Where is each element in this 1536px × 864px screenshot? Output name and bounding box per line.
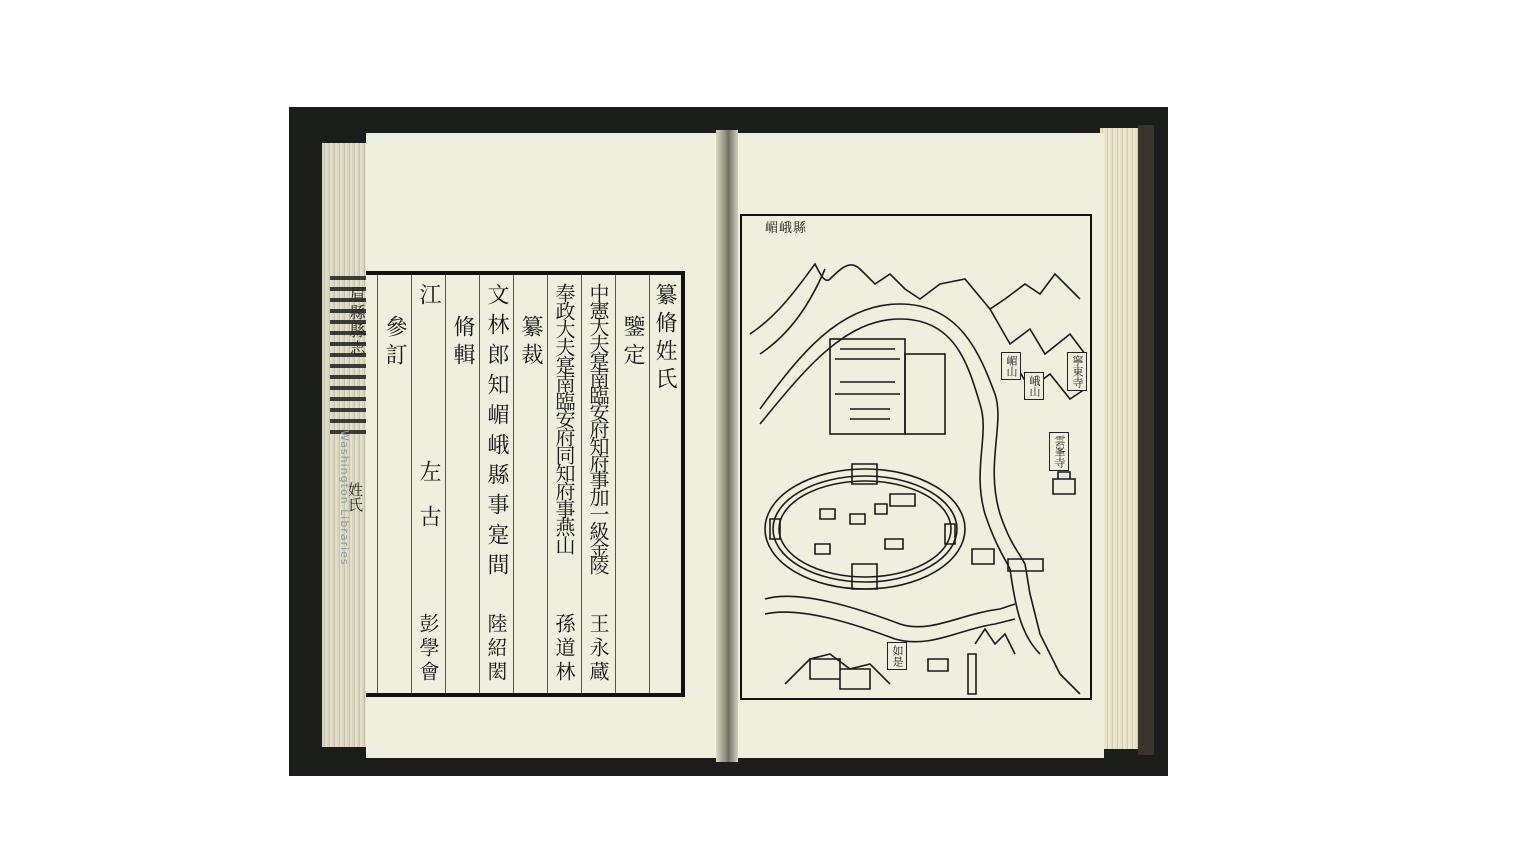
column-8: 江 左 古 彭學會 [411, 275, 445, 693]
column-text: 鑒定 [616, 315, 649, 371]
column-name: 王永蔵 [582, 613, 615, 685]
column-text: 參訂 [378, 315, 411, 371]
column-4: 奉政大夫寔南臨安府同知府事燕山 孫道林 [547, 275, 581, 693]
book-gutter [716, 130, 738, 762]
map-label-e-shan: 峨山 [1024, 372, 1044, 400]
column-text: 文林郎知嵋峨縣事寔間 [480, 283, 513, 583]
spine-title: 眉縣縣志 [345, 286, 368, 358]
column-text: 奉政大夫寔南臨安府同知府事燕山 [548, 283, 581, 553]
column-name: 彭學會 [412, 613, 445, 685]
right-page-edges [1100, 128, 1142, 749]
column-text: 纂裁 [514, 315, 547, 371]
column-text: 江 [412, 283, 445, 311]
column-text: 古 [412, 505, 445, 533]
column-3: 中憲大夫寔南臨安府知府事加一級金陵 王永蔵 [581, 275, 615, 693]
column-5: 纂裁 [513, 275, 547, 693]
column-9: 參訂 [377, 275, 411, 693]
column-2: 鑒定 [615, 275, 649, 693]
column-text: 左 [412, 460, 445, 488]
map-label-mei-shan: 嵋山 [1001, 352, 1021, 380]
map-label-ningdong-temple: 寧東寺 [1067, 352, 1087, 391]
library-stamp: Washington Libraries [338, 430, 351, 566]
text-frame: 纂脩姓氏 鑒定 中憲大夫寔南臨安府知府事加一級金陵 王永蔵 奉政大夫寔南臨安府同… [366, 271, 685, 697]
map-label-rushi: 如是 [887, 642, 907, 670]
column-text: 脩輯 [446, 315, 479, 371]
column-text: 纂脩姓氏 [650, 283, 681, 395]
column-name: 陸紹閎 [480, 613, 513, 685]
column-name: 孫道林 [548, 613, 581, 685]
column-6: 文林郎知嵋峨縣事寔間 陸紹閎 [479, 275, 513, 693]
column-1: 纂脩姓氏 [649, 275, 681, 693]
map-label-yunfeng-temple: 雲峯寺 [1049, 432, 1069, 471]
right-cover [1138, 125, 1154, 755]
county-map-illustration [740, 214, 1092, 700]
column-text: 中憲大夫寔南臨安府知府事加一級金陵 [582, 283, 615, 572]
column-7: 脩輯 [445, 275, 479, 693]
